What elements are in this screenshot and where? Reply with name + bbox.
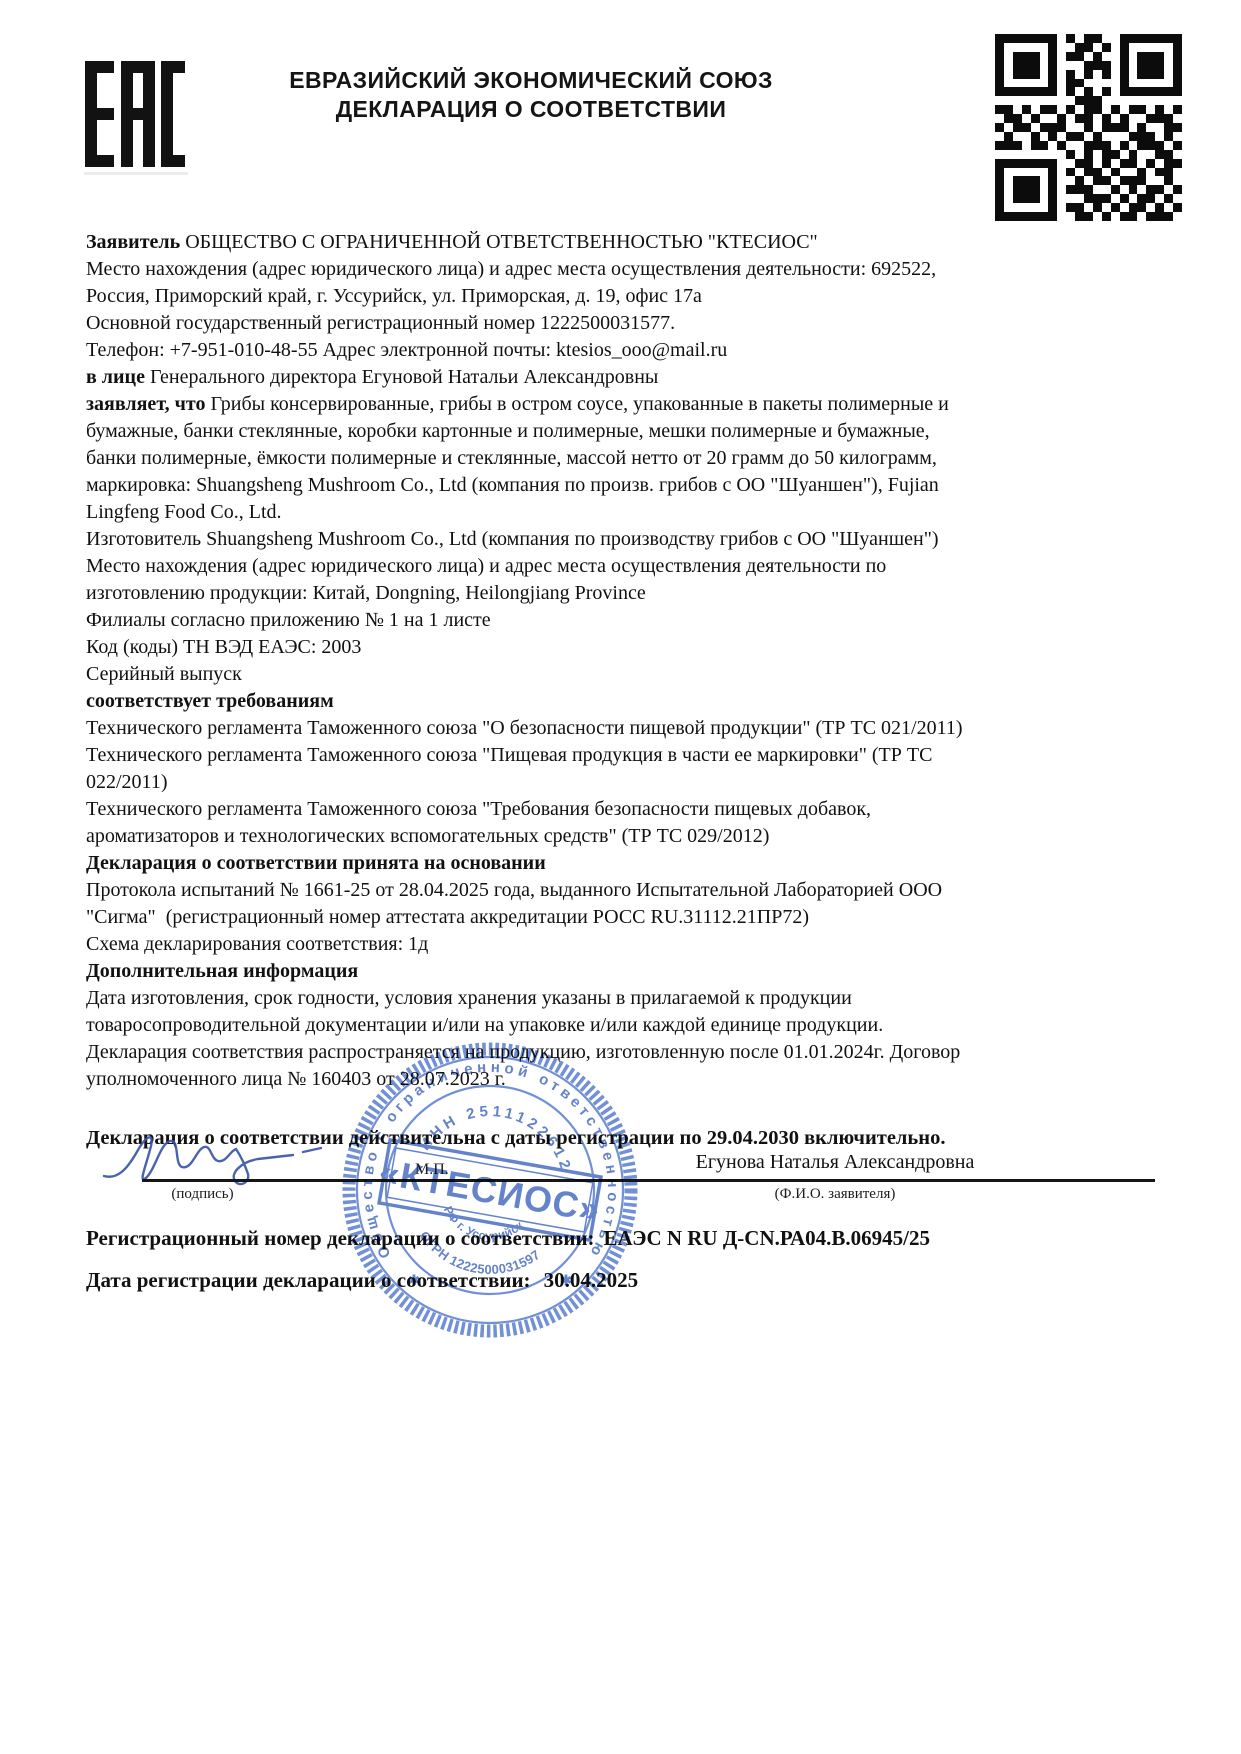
qr-module xyxy=(1102,105,1111,114)
qr-module xyxy=(1057,123,1066,132)
qr-module xyxy=(995,194,1004,203)
qr-module xyxy=(1004,159,1013,168)
qr-module xyxy=(1022,203,1031,212)
qr-module xyxy=(1137,203,1146,212)
qr-module xyxy=(1164,212,1173,221)
qr-module xyxy=(1102,212,1111,221)
qr-module xyxy=(1164,105,1173,114)
qr-module xyxy=(1093,96,1102,105)
qr-module xyxy=(1066,203,1075,212)
qr-module xyxy=(1057,96,1066,105)
qr-module xyxy=(1031,123,1040,132)
body-line: в лице Генерального директора Егуновой Н… xyxy=(86,364,1206,391)
qr-module xyxy=(1031,114,1040,123)
qr-module xyxy=(1004,61,1013,70)
qr-module xyxy=(1075,159,1084,168)
qr-module xyxy=(1075,96,1084,105)
qr-module xyxy=(1155,79,1164,88)
qr-module xyxy=(1164,141,1173,150)
qr-module xyxy=(1022,150,1031,159)
qr-module xyxy=(1004,168,1013,177)
qr-module xyxy=(1075,61,1084,70)
qr-module xyxy=(1155,150,1164,159)
body-line: Филиалы согласно приложению № 1 на 1 лис… xyxy=(86,607,1206,634)
body-line: товаросопроводительной документации и/ил… xyxy=(86,1012,1206,1039)
qr-module xyxy=(1066,168,1075,177)
qr-module xyxy=(1031,43,1040,52)
qr-module xyxy=(1129,79,1138,88)
qr-module xyxy=(1013,176,1022,185)
qr-module xyxy=(1057,61,1066,70)
qr-module xyxy=(1111,159,1120,168)
qr-module xyxy=(1022,105,1031,114)
qr-module xyxy=(1031,34,1040,43)
qr-module xyxy=(1120,114,1129,123)
qr-module xyxy=(1120,87,1129,96)
qr-module xyxy=(1004,114,1013,123)
qr-module xyxy=(1048,150,1057,159)
qr-module xyxy=(1022,61,1031,70)
body-line: Дополнительная информация xyxy=(86,958,1206,985)
qr-module xyxy=(1146,203,1155,212)
qr-module xyxy=(1048,212,1057,221)
qr-module xyxy=(1146,105,1155,114)
qr-module xyxy=(1164,79,1173,88)
qr-module xyxy=(1022,96,1031,105)
qr-module xyxy=(1031,87,1040,96)
qr-module xyxy=(1004,212,1013,221)
qr-module xyxy=(1084,150,1093,159)
qr-module xyxy=(1022,194,1031,203)
qr-module xyxy=(1120,43,1129,52)
qr-module xyxy=(1120,150,1129,159)
qr-module xyxy=(1120,212,1129,221)
qr-module xyxy=(1111,132,1120,141)
qr-module xyxy=(1093,70,1102,79)
qr-module xyxy=(1129,159,1138,168)
qr-module xyxy=(1146,168,1155,177)
qr-module xyxy=(1040,34,1049,43)
qr-module xyxy=(995,79,1004,88)
qr-module xyxy=(1084,176,1093,185)
qr-module xyxy=(1075,105,1084,114)
qr-module xyxy=(1164,34,1173,43)
qr-module xyxy=(1075,87,1084,96)
qr-module xyxy=(1173,159,1182,168)
qr-module xyxy=(1137,194,1146,203)
qr-module xyxy=(1066,132,1075,141)
body-line: бумажные, банки стеклянные, коробки карт… xyxy=(86,418,1206,445)
qr-module xyxy=(1048,185,1057,194)
qr-module xyxy=(1146,43,1155,52)
qr-module xyxy=(1084,43,1093,52)
qr-module xyxy=(1031,70,1040,79)
qr-module xyxy=(1173,114,1182,123)
body-line: изготовлению продукции: Китай, Dongning,… xyxy=(86,580,1206,607)
qr-module xyxy=(1129,114,1138,123)
qr-module xyxy=(1066,34,1075,43)
qr-module xyxy=(1004,52,1013,61)
qr-module xyxy=(1013,114,1022,123)
qr-module xyxy=(1031,132,1040,141)
qr-module xyxy=(1084,212,1093,221)
qr-module xyxy=(1164,43,1173,52)
qr-module xyxy=(1057,159,1066,168)
qr-module xyxy=(1057,150,1066,159)
qr-module xyxy=(1146,212,1155,221)
qr-module xyxy=(1084,123,1093,132)
qr-module xyxy=(1164,61,1173,70)
qr-module xyxy=(1111,34,1120,43)
qr-module xyxy=(1048,132,1057,141)
qr-module xyxy=(1155,43,1164,52)
qr-module xyxy=(1111,194,1120,203)
qr-module xyxy=(1111,150,1120,159)
qr-module xyxy=(1048,176,1057,185)
qr-module xyxy=(1102,203,1111,212)
qr-module xyxy=(1120,176,1129,185)
qr-module xyxy=(1066,114,1075,123)
qr-module xyxy=(1129,168,1138,177)
qr-module xyxy=(1102,114,1111,123)
qr-module xyxy=(1057,79,1066,88)
qr-module xyxy=(995,52,1004,61)
qr-module xyxy=(1120,52,1129,61)
applicant-name: Егунова Наталья Александровна xyxy=(635,1151,1035,1174)
qr-module xyxy=(1075,150,1084,159)
qr-module xyxy=(1040,123,1049,132)
qr-module xyxy=(1057,43,1066,52)
qr-module xyxy=(1066,61,1075,70)
qr-module xyxy=(1146,52,1155,61)
qr-module xyxy=(1084,159,1093,168)
qr-module xyxy=(1013,34,1022,43)
qr-module xyxy=(1111,43,1120,52)
qr-module xyxy=(1013,150,1022,159)
qr-module xyxy=(1057,141,1066,150)
qr-module xyxy=(1111,87,1120,96)
qr-module xyxy=(1120,34,1129,43)
qr-module xyxy=(1137,150,1146,159)
qr-module xyxy=(1129,194,1138,203)
qr-module xyxy=(1120,185,1129,194)
qr-module xyxy=(1031,185,1040,194)
body-line: Место нахождения (адрес юридического лиц… xyxy=(86,256,1206,283)
qr-module xyxy=(1057,132,1066,141)
qr-module xyxy=(1031,194,1040,203)
body-line: ароматизаторов и технологических вспомог… xyxy=(86,823,1206,850)
qr-module xyxy=(1013,203,1022,212)
document-title: ЕВРАЗИЙСКИЙ ЭКОНОМИЧЕСКИЙ СОЮЗ ДЕКЛАРАЦИ… xyxy=(190,66,872,124)
qr-module xyxy=(1057,70,1066,79)
qr-module xyxy=(1084,70,1093,79)
qr-module xyxy=(1120,105,1129,114)
qr-module xyxy=(1022,43,1031,52)
qr-module xyxy=(1048,52,1057,61)
qr-module xyxy=(995,176,1004,185)
qr-module xyxy=(995,185,1004,194)
qr-module xyxy=(1164,159,1173,168)
qr-module xyxy=(1129,176,1138,185)
qr-module xyxy=(1066,43,1075,52)
qr-module xyxy=(1022,52,1031,61)
qr-module xyxy=(1040,185,1049,194)
qr-module xyxy=(1111,168,1120,177)
qr-module xyxy=(1013,123,1022,132)
qr-module xyxy=(1102,150,1111,159)
qr-module xyxy=(1111,105,1120,114)
qr-module xyxy=(1040,141,1049,150)
qr-module xyxy=(1004,194,1013,203)
qr-module xyxy=(1111,114,1120,123)
body-line: Технического регламента Таможенного союз… xyxy=(86,796,1206,823)
qr-module xyxy=(1031,79,1040,88)
qr-module xyxy=(1048,61,1057,70)
qr-module xyxy=(1031,105,1040,114)
qr-module xyxy=(1048,168,1057,177)
qr-module xyxy=(1137,123,1146,132)
qr-module xyxy=(1048,194,1057,203)
qr-module xyxy=(1004,96,1013,105)
qr-module xyxy=(1111,185,1120,194)
qr-module xyxy=(1155,185,1164,194)
qr-module xyxy=(1146,132,1155,141)
qr-module xyxy=(1093,159,1102,168)
company-stamp: Общество с ограниченной ответственностью… xyxy=(335,1035,645,1345)
qr-module xyxy=(1146,150,1155,159)
qr-module xyxy=(1031,212,1040,221)
qr-module xyxy=(1146,141,1155,150)
qr-module xyxy=(1084,96,1093,105)
qr-module xyxy=(1031,141,1040,150)
body-line: Lingfeng Food Co., Ltd. xyxy=(86,499,1206,526)
qr-module xyxy=(1155,61,1164,70)
qr-module xyxy=(1173,43,1182,52)
qr-module xyxy=(1066,105,1075,114)
qr-module xyxy=(995,212,1004,221)
qr-module xyxy=(1057,185,1066,194)
qr-module xyxy=(1146,159,1155,168)
qr-module xyxy=(1137,176,1146,185)
qr-module xyxy=(1111,61,1120,70)
qr-module xyxy=(1155,203,1164,212)
qr-module xyxy=(1129,52,1138,61)
qr-module xyxy=(1022,123,1031,132)
qr-module xyxy=(1137,70,1146,79)
qr-module xyxy=(1057,114,1066,123)
qr-module xyxy=(1129,43,1138,52)
body-line: Схема декларирования соответствия: 1д xyxy=(86,931,1206,958)
qr-module xyxy=(1093,203,1102,212)
qr-module xyxy=(1164,132,1173,141)
qr-module xyxy=(1155,123,1164,132)
qr-module xyxy=(1173,52,1182,61)
qr-module xyxy=(1048,141,1057,150)
body-line: Основной государственный регистрационный… xyxy=(86,310,1206,337)
qr-module xyxy=(1048,70,1057,79)
qr-module xyxy=(995,168,1004,177)
qr-module xyxy=(1137,132,1146,141)
qr-module xyxy=(1013,185,1022,194)
qr-module xyxy=(1048,203,1057,212)
qr-module xyxy=(1093,176,1102,185)
qr-module xyxy=(1173,34,1182,43)
qr-module xyxy=(1102,43,1111,52)
qr-module xyxy=(1155,34,1164,43)
qr-module xyxy=(1155,176,1164,185)
qr-module xyxy=(1137,34,1146,43)
qr-module xyxy=(1120,168,1129,177)
qr-module xyxy=(1084,203,1093,212)
body-line: Технического регламента Таможенного союз… xyxy=(86,715,1206,742)
qr-module xyxy=(1164,150,1173,159)
qr-module xyxy=(1057,176,1066,185)
qr-module xyxy=(1004,34,1013,43)
qr-module xyxy=(1102,34,1111,43)
qr-module xyxy=(1022,168,1031,177)
qr-module xyxy=(1120,203,1129,212)
qr-module xyxy=(1137,61,1146,70)
qr-module xyxy=(1048,159,1057,168)
qr-module xyxy=(1057,34,1066,43)
qr-module xyxy=(995,87,1004,96)
fio-caption: (Ф.И.О. заявителя) xyxy=(740,1186,930,1203)
qr-module xyxy=(1129,61,1138,70)
qr-module xyxy=(1155,114,1164,123)
qr-module xyxy=(1075,52,1084,61)
qr-module xyxy=(1146,185,1155,194)
qr-module xyxy=(1102,194,1111,203)
qr-module xyxy=(1137,52,1146,61)
stamp-star-right-icon: ✱ xyxy=(560,1272,572,1288)
qr-module xyxy=(1173,212,1182,221)
title-line-union: ЕВРАЗИЙСКИЙ ЭКОНОМИЧЕСКИЙ СОЮЗ xyxy=(190,66,872,95)
qr-module xyxy=(1120,132,1129,141)
qr-module xyxy=(1004,176,1013,185)
body-line: банки полимерные, ёмкости полимерные и с… xyxy=(86,445,1206,472)
qr-module xyxy=(1155,96,1164,105)
qr-module xyxy=(1173,96,1182,105)
qr-module xyxy=(1040,212,1049,221)
qr-module xyxy=(1146,176,1155,185)
qr-module xyxy=(1084,132,1093,141)
qr-module xyxy=(1111,212,1120,221)
qr-module xyxy=(1093,185,1102,194)
qr-module xyxy=(1040,203,1049,212)
qr-module xyxy=(1129,132,1138,141)
qr-module xyxy=(1173,150,1182,159)
qr-module xyxy=(1146,194,1155,203)
qr-module xyxy=(995,43,1004,52)
qr-module xyxy=(1066,141,1075,150)
qr-module xyxy=(1004,43,1013,52)
qr-module xyxy=(995,105,1004,114)
qr-module xyxy=(1004,123,1013,132)
qr-module xyxy=(1173,132,1182,141)
qr-module xyxy=(1102,176,1111,185)
qr-module xyxy=(1173,203,1182,212)
qr-module xyxy=(1075,176,1084,185)
qr-module xyxy=(1004,141,1013,150)
qr-module xyxy=(995,123,1004,132)
qr-module xyxy=(1048,105,1057,114)
qr-module xyxy=(1013,212,1022,221)
qr-module xyxy=(1040,105,1049,114)
qr-module xyxy=(1013,61,1022,70)
qr-module xyxy=(1066,96,1075,105)
qr-module xyxy=(1164,176,1173,185)
qr-module xyxy=(1137,96,1146,105)
stamp-star-left-icon: ✱ xyxy=(408,1272,420,1288)
qr-module xyxy=(1164,194,1173,203)
qr-module xyxy=(1084,87,1093,96)
qr-module xyxy=(1084,105,1093,114)
qr-module xyxy=(1173,168,1182,177)
qr-module xyxy=(1093,141,1102,150)
qr-module xyxy=(1164,70,1173,79)
qr-module xyxy=(1102,96,1111,105)
qr-module xyxy=(1031,159,1040,168)
qr-module xyxy=(1048,114,1057,123)
body-line: Декларация о соответствии принята на осн… xyxy=(86,850,1206,877)
qr-module xyxy=(1120,141,1129,150)
qr-module xyxy=(1004,132,1013,141)
qr-module xyxy=(995,203,1004,212)
qr-module xyxy=(1129,70,1138,79)
qr-module xyxy=(1137,79,1146,88)
qr-module xyxy=(1146,79,1155,88)
qr-module xyxy=(1004,79,1013,88)
qr-module xyxy=(1173,185,1182,194)
qr-module xyxy=(1075,132,1084,141)
qr-module xyxy=(1146,70,1155,79)
qr-module xyxy=(1164,52,1173,61)
qr-module xyxy=(1066,123,1075,132)
qr-module xyxy=(1093,34,1102,43)
qr-module xyxy=(1048,43,1057,52)
qr-module xyxy=(1111,96,1120,105)
qr-module xyxy=(995,150,1004,159)
qr-module xyxy=(1084,79,1093,88)
qr-module xyxy=(1057,168,1066,177)
qr-module xyxy=(1004,150,1013,159)
signature-line xyxy=(142,1179,1155,1182)
qr-module xyxy=(1146,96,1155,105)
qr-module xyxy=(1137,105,1146,114)
qr-module xyxy=(1155,141,1164,150)
qr-module xyxy=(1013,96,1022,105)
qr-module xyxy=(1057,212,1066,221)
qr-module xyxy=(995,114,1004,123)
qr-module xyxy=(1004,70,1013,79)
qr-module xyxy=(1093,105,1102,114)
qr-module xyxy=(995,34,1004,43)
qr-module xyxy=(1155,212,1164,221)
qr-module xyxy=(1013,132,1022,141)
qr-module xyxy=(1022,212,1031,221)
qr-module xyxy=(1093,61,1102,70)
qr-module xyxy=(1146,114,1155,123)
qr-module xyxy=(1048,79,1057,88)
qr-module xyxy=(1031,168,1040,177)
qr-module xyxy=(1057,194,1066,203)
qr-module xyxy=(1173,123,1182,132)
qr-module xyxy=(1040,79,1049,88)
body-line: Россия, Приморский край, г. Уссурийск, у… xyxy=(86,283,1206,310)
qr-module xyxy=(1164,168,1173,177)
qr-module xyxy=(1146,87,1155,96)
qr-code xyxy=(995,34,1182,221)
